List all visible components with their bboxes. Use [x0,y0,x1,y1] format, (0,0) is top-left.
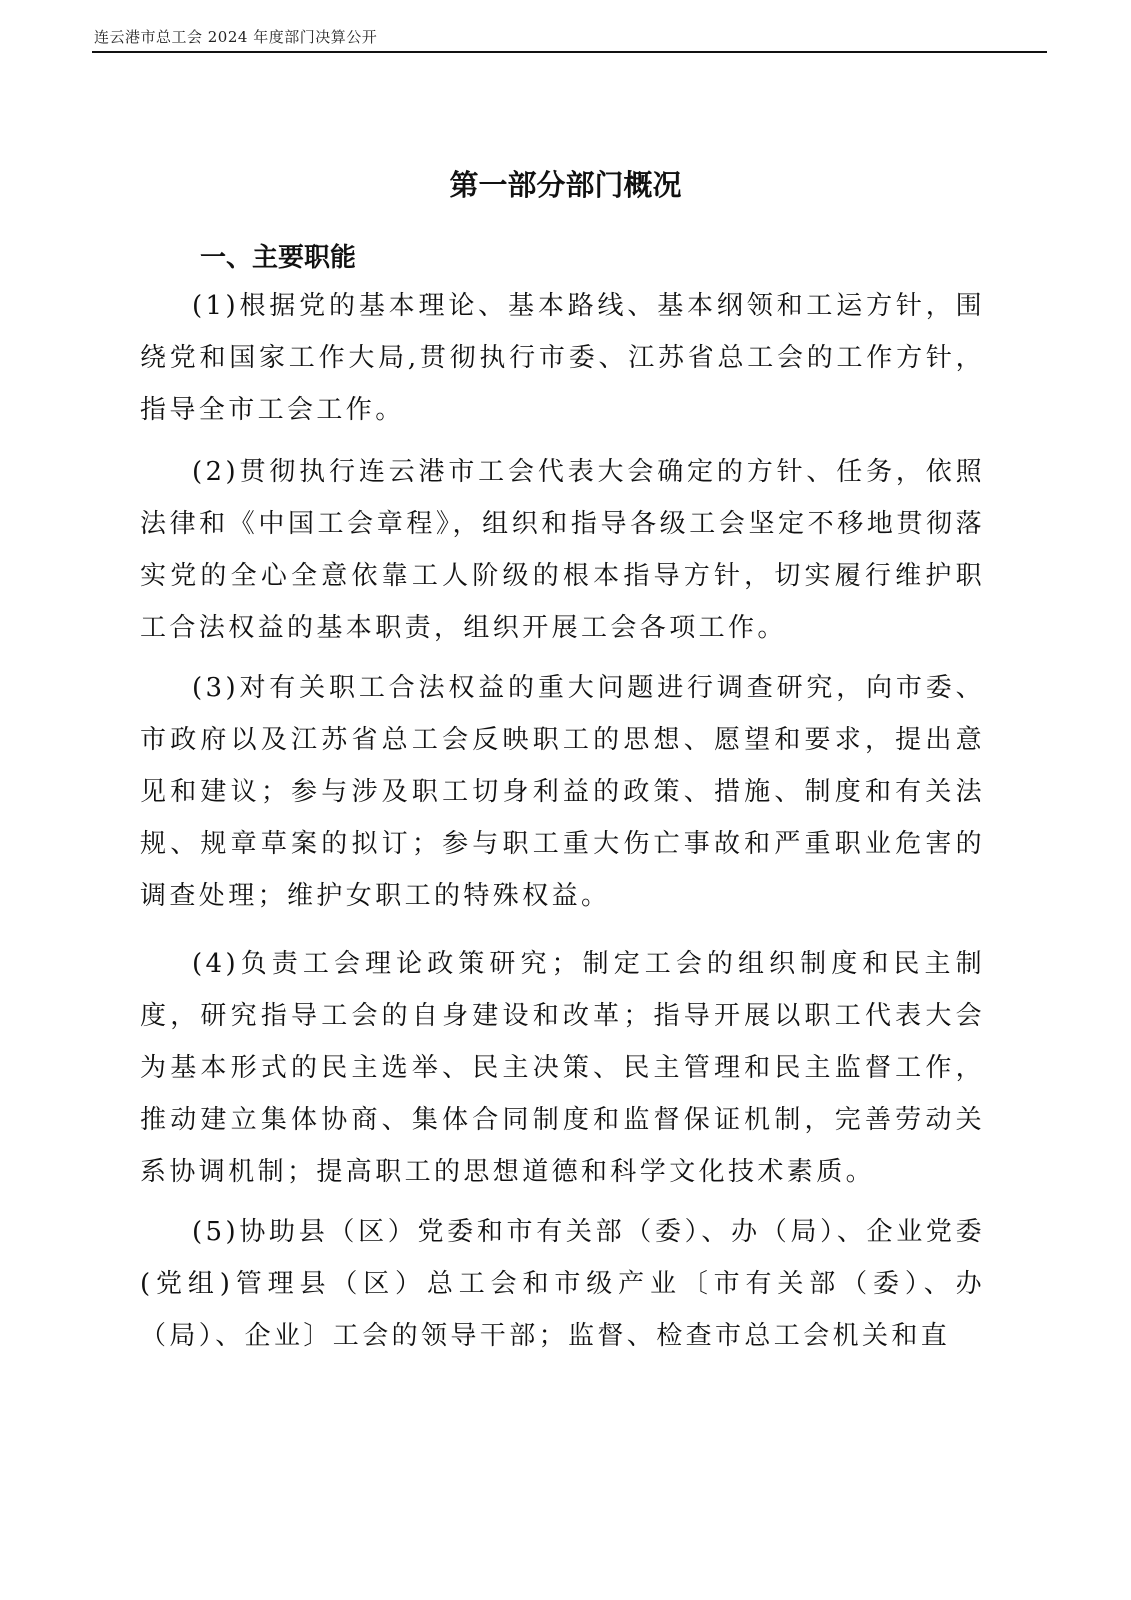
paragraph-3: (3)对有关职工合法权益的重大问题进行调查研究，向市委、市政府以及江苏省总工会反… [140,662,985,922]
paragraph-1: (1)根据党的基本理论、基本路线、基本纲领和工运方针，围绕党和国家工作大局,贯彻… [140,280,985,436]
page-title: 第一部分部门概况 [0,165,1131,205]
section-heading: 一、主要职能 [200,240,356,276]
page-header: 连云港市总工会 2024 年度部门决算公开 [92,26,1047,53]
paragraph-4: (4)负责工会理论政策研究；制定工会的组织制度和民主制度，研究指导工会的自身建设… [140,938,985,1198]
header-text: 连云港市总工会 2024 年度部门决算公开 [94,28,377,46]
paragraph-2: (2)贯彻执行连云港市工会代表大会确定的方针、任务，依照法律和《中国工会章程》，… [140,446,985,654]
paragraph-5: (5)协助县（区）党委和市有关部（委）、办（局）、企业党委(党组)管理县（区）总… [140,1206,985,1362]
